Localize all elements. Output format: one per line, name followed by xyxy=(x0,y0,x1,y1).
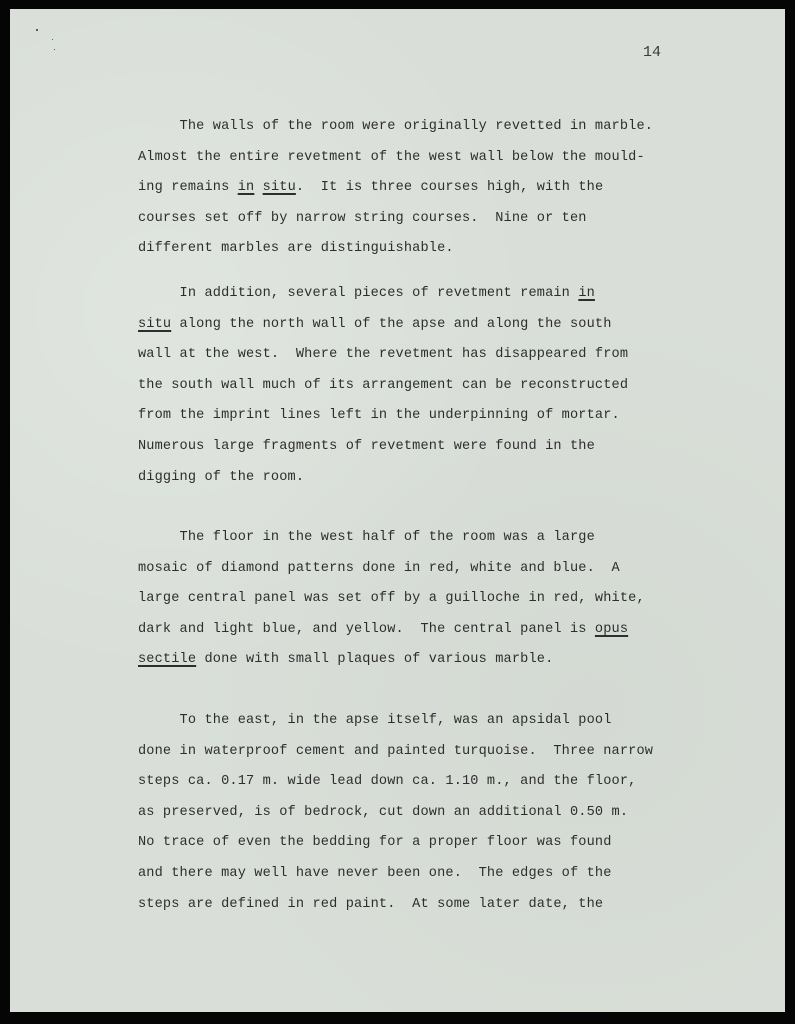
underlined-term: in xyxy=(578,286,595,301)
text-line: To the east, in the apse itself, was an … xyxy=(138,713,612,728)
text-line: mosaic of diamond patterns done in red, … xyxy=(138,561,620,576)
underlined-term: situ xyxy=(138,317,171,332)
text-line: The walls of the room were originally re… xyxy=(138,119,653,134)
text-line: situ along the north wall of the apse an… xyxy=(138,317,612,332)
text-line: No trace of even the bedding for a prope… xyxy=(138,835,612,850)
underlined-term: opus xyxy=(595,622,628,637)
text-line: steps ca. 0.17 m. wide lead down ca. 1.1… xyxy=(138,774,636,789)
underlined-term: sectile xyxy=(138,652,196,667)
page-number: 14 xyxy=(643,44,661,61)
text-line: ing remains in situ. It is three courses… xyxy=(138,180,603,195)
text-line: and there may well have never been one. … xyxy=(138,866,612,881)
text-line: different marbles are distinguishable. xyxy=(138,241,454,256)
text-line: as preserved, is of bedrock, cut down an… xyxy=(138,805,628,820)
text-line: Almost the entire revetment of the west … xyxy=(138,150,645,165)
text-line: steps are defined in red paint. At some … xyxy=(138,897,603,912)
text-line: courses set off by narrow string courses… xyxy=(138,211,587,226)
paper-speck xyxy=(52,39,53,40)
text-line: Numerous large fragments of revetment we… xyxy=(138,439,595,454)
text-line: the south wall much of its arrangement c… xyxy=(138,378,628,393)
text-line: wall at the west. Where the revetment ha… xyxy=(138,347,628,362)
underlined-term: in xyxy=(238,180,255,195)
text-line: The floor in the west half of the room w… xyxy=(138,530,595,545)
text-line: large central panel was set off by a gui… xyxy=(138,591,645,606)
text-line: digging of the room. xyxy=(138,470,304,485)
paper-speck xyxy=(54,49,55,50)
paper-speck xyxy=(36,29,38,31)
underlined-term: situ xyxy=(263,180,296,195)
text-line: dark and light blue, and yellow. The cen… xyxy=(138,622,628,637)
text-line: sectile done with small plaques of vario… xyxy=(138,652,553,667)
text-line: In addition, several pieces of revetment… xyxy=(138,286,595,301)
text-line: done in waterproof cement and painted tu… xyxy=(138,744,653,759)
text-line: from the imprint lines left in the under… xyxy=(138,408,620,423)
